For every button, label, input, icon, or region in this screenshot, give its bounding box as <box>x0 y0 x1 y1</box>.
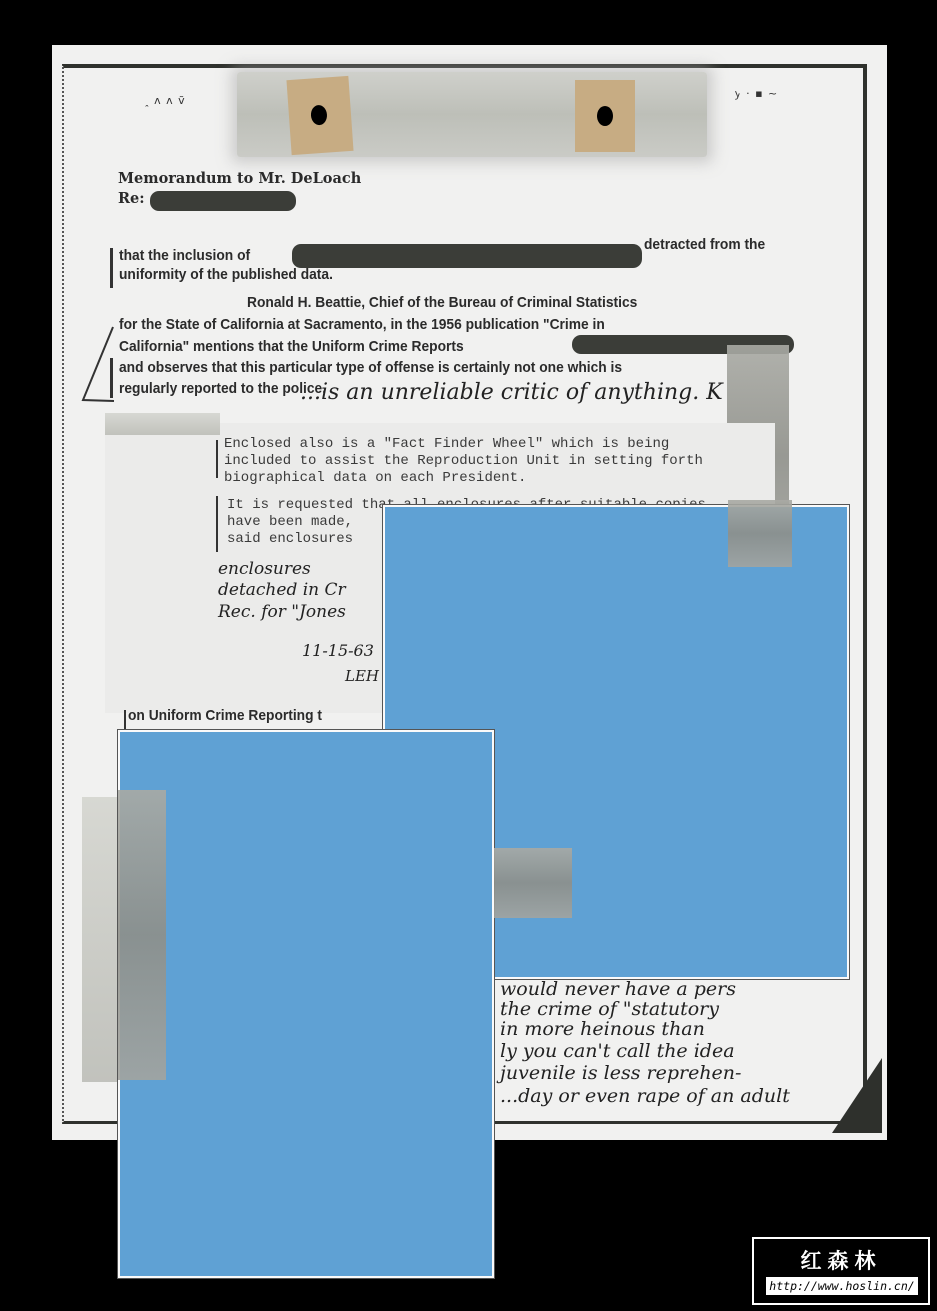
handwritten-annotation-line: ly you can't call the idea <box>500 1040 735 1062</box>
blue-cover-card-small <box>118 730 494 1278</box>
redaction-bar <box>150 191 296 211</box>
para1-line2: uniformity of the published data. <box>119 266 333 283</box>
folded-corner <box>832 1058 882 1133</box>
para1-line1-end: detracted from the <box>644 236 765 253</box>
handwritten-annotation-line: the crime of "statutory <box>500 998 719 1020</box>
para2-line1: Ronald H. Beattie, Chief of the Bureau o… <box>247 294 637 311</box>
tape-piece <box>105 413 220 435</box>
tape-piece <box>494 848 572 918</box>
handwritten-annotation-line: ...day or even rape of an adult <box>500 1085 790 1107</box>
handwritten-annotation-line: in more heinous than <box>500 1018 705 1040</box>
margin-bar <box>124 710 126 730</box>
handwritten-annotation: ...is an unreliable critic of anything. … <box>300 380 723 405</box>
handwritten-annotation-line: would never have a pers <box>500 978 736 1000</box>
para2-line5: regularly reported to the police. <box>119 380 326 397</box>
margin-bracket-icon <box>78 325 118 405</box>
insert-handwriting-1: enclosures <box>218 559 311 579</box>
para2-line2: for the State of California at Sacrament… <box>119 316 605 333</box>
insert-handwriting-3: Rec. for "Jones <box>218 602 346 622</box>
stray-marks: ꞈ ʌ ʌ ṽ <box>145 94 186 107</box>
staple-tab-left <box>286 76 353 155</box>
margin-bar <box>110 248 113 288</box>
handwritten-annotation-line: juvenile is less reprehen- <box>500 1062 741 1084</box>
staple-strip <box>237 72 707 157</box>
tape-piece <box>118 790 166 1080</box>
para1-line1-start: that the inclusion of <box>119 247 250 264</box>
watermark-logo: 红森林 http://www.hoslin.cn/ <box>752 1237 930 1305</box>
tape-piece <box>728 500 792 567</box>
para2-line4: and observes that this particular type o… <box>119 359 622 376</box>
insert-handwriting-date: 11-15-63 <box>302 641 374 660</box>
watermark-title: 红森林 <box>754 1245 928 1275</box>
insert-para2-line3: said enclosures <box>227 530 353 549</box>
fragment-line: on Uniform Crime Reporting t <box>128 707 322 724</box>
margin-bar <box>216 496 218 552</box>
watermark-url: http://www.hoslin.cn/ <box>766 1277 918 1295</box>
memo-heading: Memorandum to Mr. DeLoach <box>118 170 361 187</box>
margin-bar <box>216 440 218 478</box>
punch-hole-icon <box>597 106 613 126</box>
insert-handwriting-initials: LEH <box>345 667 379 685</box>
re-label: Re: <box>118 190 145 207</box>
punch-hole-icon <box>310 105 327 126</box>
insert-handwriting-2: detached in Cr <box>218 580 346 600</box>
redaction-bar <box>292 244 642 268</box>
para2-line3: California" mentions that the Uniform Cr… <box>119 338 464 355</box>
insert-para1-line3: biographical data on each President. <box>224 469 526 488</box>
stray-marks: ꭚ · ▪ ~ <box>735 86 778 101</box>
staple-tab-right <box>575 80 635 152</box>
